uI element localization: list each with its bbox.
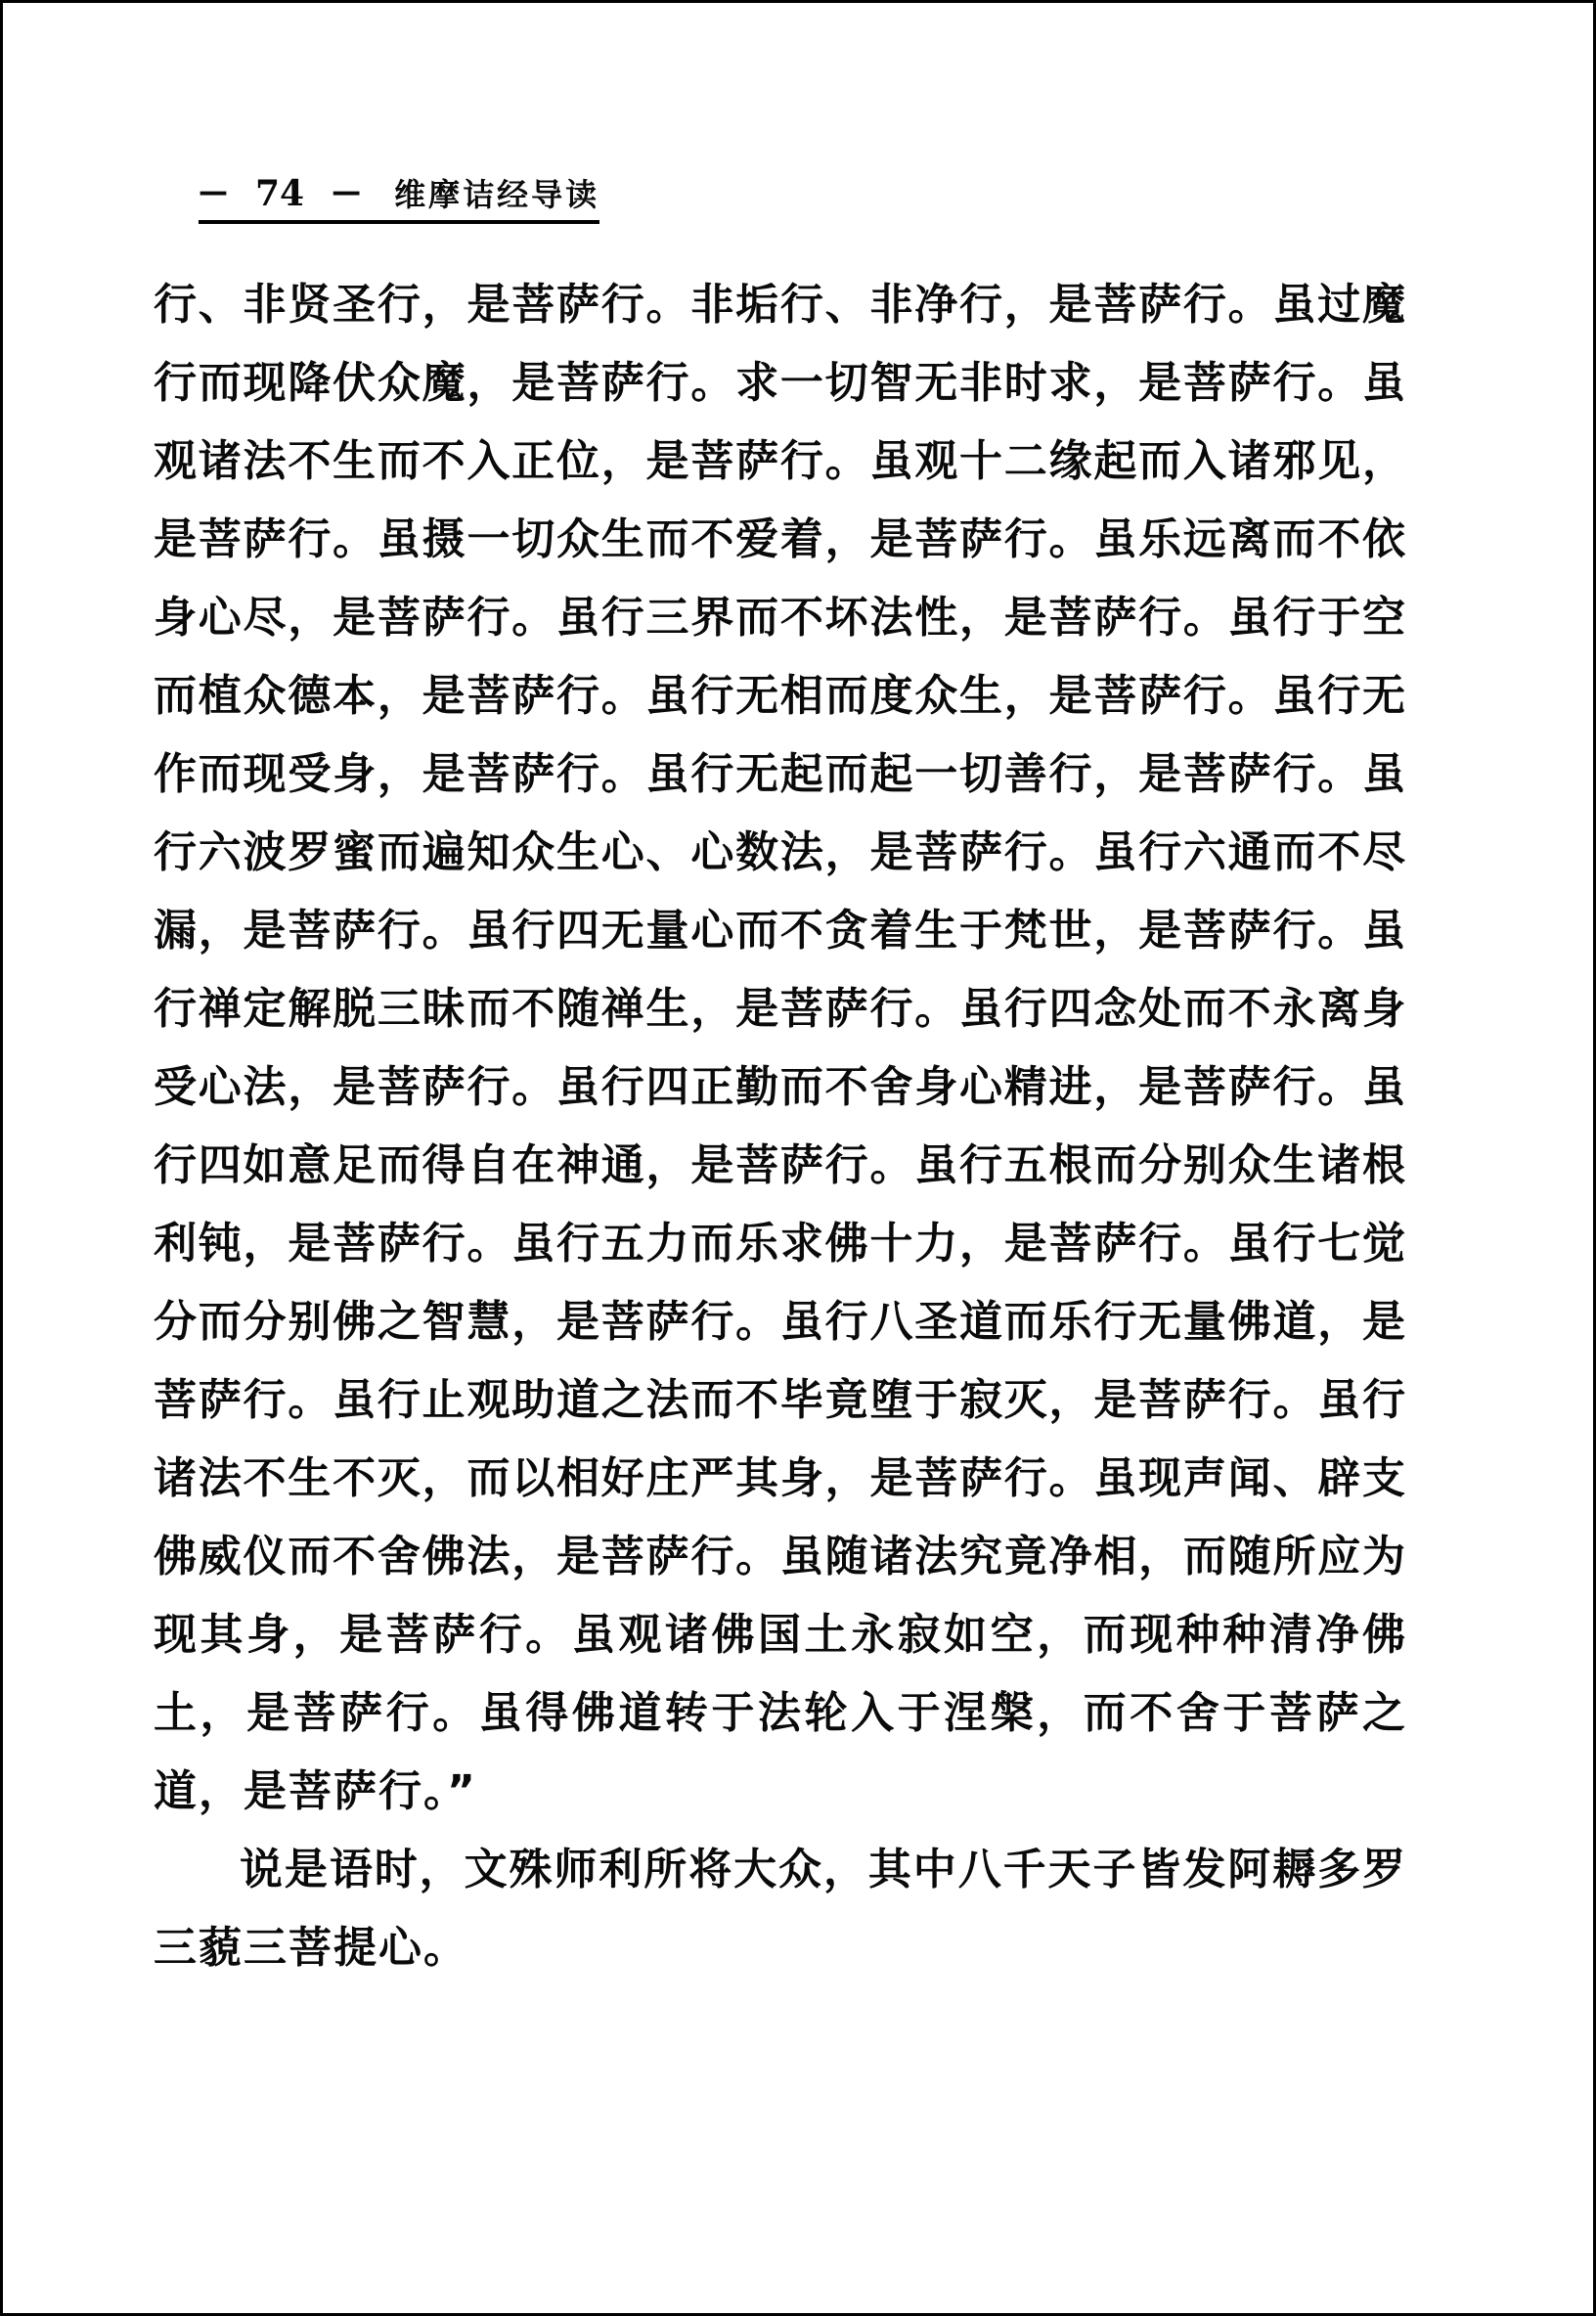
body-line: 菩萨行。虽行止观助道之法而不毕竟堕于寂灭，是菩萨行。虽行 <box>154 1361 1405 1440</box>
running-head: — 74 — 维摩诘经导读 <box>199 176 599 224</box>
page-number: 74 <box>255 176 304 211</box>
scanned-book-page: — 74 — 维摩诘经导读 行、非贤圣行，是菩萨行。非垢行、非净行，是菩萨行。虽… <box>0 0 1596 2316</box>
body-line: 土，是菩萨行。虽得佛道转于法轮入于涅槃，而不舍于菩萨之 <box>154 1674 1405 1753</box>
body-line-paragraph-end: 道，是菩萨行。” <box>154 1753 1405 1831</box>
body-line-paragraph-start: 说是语时，文殊师利所将大众，其中八千天子皆发阿耨多罗 <box>154 1831 1405 1909</box>
body-line: 作而现受身，是菩萨行。虽行无起而起一切善行，是菩萨行。虽 <box>154 735 1405 814</box>
body-line: 诸法不生不灭，而以相好庄严其身，是菩萨行。虽现声闻、辟支 <box>154 1440 1405 1518</box>
body-line-paragraph-end: 三藐三菩提心。 <box>154 1909 1405 1987</box>
body-line: 佛威仪而不舍佛法，是菩萨行。虽随诸法究竟净相，而随所应为 <box>154 1518 1405 1596</box>
body-line: 行四如意足而得自在神通，是菩萨行。虽行五根而分别众生诸根 <box>154 1127 1405 1205</box>
body-line: 现其身，是菩萨行。虽观诸佛国土永寂如空，而现种种清净佛 <box>154 1596 1405 1674</box>
header-dash-right: — <box>332 175 361 209</box>
body-line: 受心法，是菩萨行。虽行四正勤而不舍身心精进，是菩萨行。虽 <box>154 1048 1405 1127</box>
body-text-block: 行、非贤圣行，是菩萨行。非垢行、非净行，是菩萨行。虽过魔 行而现降伏众魔，是菩萨… <box>154 266 1405 1987</box>
body-line: 行、非贤圣行，是菩萨行。非垢行、非净行，是菩萨行。虽过魔 <box>154 266 1405 344</box>
body-line: 行六波罗蜜而遍知众生心、心数法，是菩萨行。虽行六通而不尽 <box>154 814 1405 892</box>
body-line: 观诸法不生而不入正位，是菩萨行。虽观十二缘起而入诸邪见， <box>154 423 1405 501</box>
body-line: 而植众德本，是菩萨行。虽行无相而度众生，是菩萨行。虽行无 <box>154 657 1405 735</box>
body-line: 分而分别佛之智慧，是菩萨行。虽行八圣道而乐行无量佛道，是 <box>154 1283 1405 1361</box>
body-line: 利钝，是菩萨行。虽行五力而乐求佛十力，是菩萨行。虽行七觉 <box>154 1205 1405 1283</box>
body-line: 漏，是菩萨行。虽行四无量心而不贪着生于梵世，是菩萨行。虽 <box>154 892 1405 970</box>
header-dash-left: — <box>199 175 228 209</box>
body-line: 行而现降伏众魔，是菩萨行。求一切智无非时求，是菩萨行。虽 <box>154 344 1405 423</box>
book-title: 维摩诘经导读 <box>394 179 599 210</box>
body-line: 行禅定解脱三昧而不随禅生，是菩萨行。虽行四念处而不永离身 <box>154 970 1405 1048</box>
body-line: 身心尽，是菩萨行。虽行三界而不坏法性，是菩萨行。虽行于空 <box>154 579 1405 657</box>
body-line: 是菩萨行。虽摄一切众生而不爱着，是菩萨行。虽乐远离而不依 <box>154 501 1405 579</box>
